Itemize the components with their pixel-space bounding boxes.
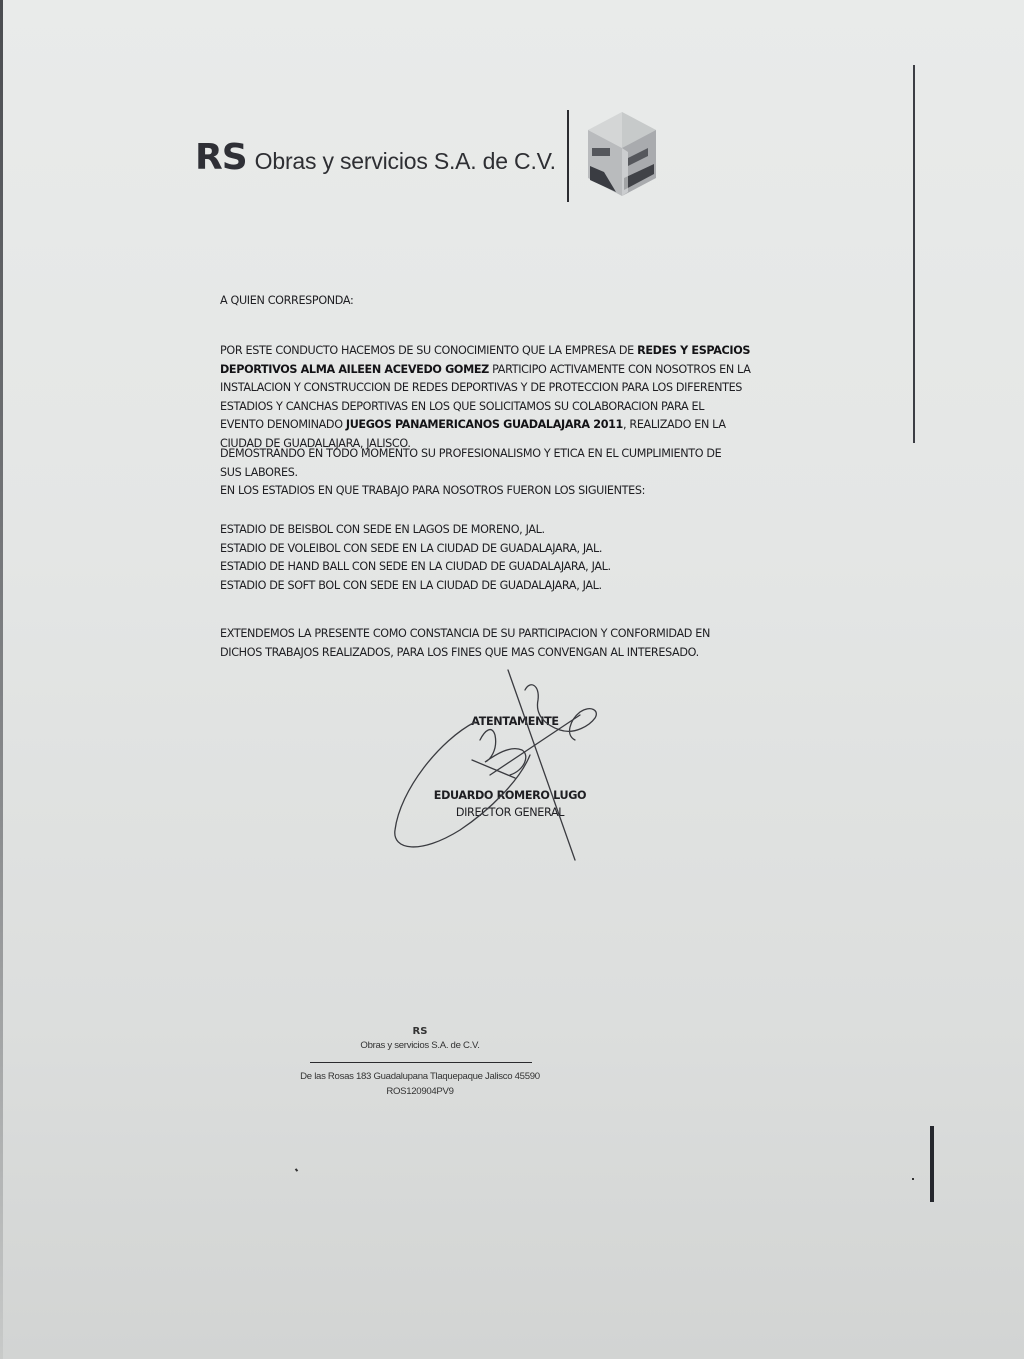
- text-line: DICHOS TRABAJOS REALIZADOS, PARA LOS FIN…: [220, 644, 820, 663]
- signer-name: EDUARDO ROMERO LUGO: [380, 787, 640, 805]
- letterhead: RS Obras y servicios S.A. de C.V.: [195, 140, 556, 180]
- text-run: PARTICIPO ACTIVAMENTE CON NOSOTROS EN LA: [489, 363, 751, 376]
- valediction: ATENTAMENTE: [385, 713, 645, 731]
- margin-mark: [930, 1126, 934, 1202]
- list-item: ESTADIO DE HAND BALL CON SEDE EN LA CIUD…: [220, 558, 820, 577]
- text-run: INSTALACION Y CONSTRUCCION DE REDES DEPO…: [220, 381, 742, 394]
- text-run: ESTADIOS Y CANCHAS DEPORTIVAS EN LOS QUE…: [220, 400, 704, 413]
- rs-cube-logo-icon: [582, 108, 662, 200]
- text-line: POR ESTE CONDUCTO HACEMOS DE SU CONOCIMI…: [220, 342, 820, 361]
- list-item: ESTADIO DE BEISBOL CON SEDE EN LAGOS DE …: [220, 521, 820, 540]
- paper-speck: [295, 1168, 298, 1172]
- emphasized-text: JUEGOS PANAMERICANOS GUADALAJARA 2011: [346, 418, 623, 431]
- letterhead-divider: [567, 110, 569, 202]
- footer-company: Obras y servicios S.A. de C.V.: [270, 1040, 570, 1051]
- footer-divider: [310, 1062, 532, 1063]
- paper-speck: [912, 1178, 914, 1180]
- text-line: DEPORTIVOS ALMA AILEEN ACEVEDO GOMEZ PAR…: [220, 361, 820, 380]
- text-line: EVENTO DENOMINADO JUEGOS PANAMERICANOS G…: [220, 416, 820, 435]
- handwritten-signature-icon: [380, 660, 640, 870]
- text-run: , REALIZADO EN LA: [623, 418, 726, 431]
- text-run: POR ESTE CONDUCTO HACEMOS DE SU CONOCIMI…: [220, 344, 637, 357]
- paragraph-closing: EXTENDEMOS LA PRESENTE COMO CONSTANCIA D…: [220, 625, 820, 662]
- text-line: SUS LABORES.: [220, 464, 820, 483]
- emphasized-text: DEPORTIVOS ALMA AILEEN ACEVEDO GOMEZ: [220, 363, 489, 376]
- text-run: EVENTO DENOMINADO: [220, 418, 346, 431]
- signer-title: DIRECTOR GENERAL: [380, 804, 640, 822]
- footer-rfc: ROS120904PV9: [270, 1086, 570, 1097]
- text-line: EXTENDEMOS LA PRESENTE COMO CONSTANCIA D…: [220, 625, 820, 644]
- brand-mark: RS: [195, 140, 247, 176]
- footer-brand: RS: [270, 1026, 570, 1037]
- text-line: EN LOS ESTADIOS EN QUE TRABAJO PARA NOSO…: [220, 482, 820, 501]
- paragraph-professionalism: DEMOSTRANDO EN TODO MOMENTO SU PROFESION…: [220, 445, 820, 501]
- margin-line: [913, 65, 915, 443]
- text-line: ESTADIOS Y CANCHAS DEPORTIVAS EN LOS QUE…: [220, 398, 820, 417]
- footer-address: De las Rosas 183 Guadalupana Tlaquepaque…: [270, 1071, 570, 1082]
- text-line: INSTALACION Y CONSTRUCCION DE REDES DEPO…: [220, 379, 820, 398]
- text-line: DEMOSTRANDO EN TODO MOMENTO SU PROFESION…: [220, 445, 820, 464]
- emphasized-text: REDES Y ESPACIOS: [637, 344, 750, 357]
- paper-edge-shadow: [0, 0, 3, 1359]
- stadium-list: ESTADIO DE BEISBOL CON SEDE EN LAGOS DE …: [220, 521, 820, 595]
- company-name: Obras y servicios S.A. de C.V.: [255, 150, 556, 173]
- salutation: A QUIEN CORRESPONDA:: [220, 292, 820, 311]
- list-item: ESTADIO DE SOFT BOL CON SEDE EN LA CIUDA…: [220, 577, 820, 596]
- list-item: ESTADIO DE VOLEIBOL CON SEDE EN LA CIUDA…: [220, 540, 820, 559]
- paragraph-introduction: POR ESTE CONDUCTO HACEMOS DE SU CONOCIMI…: [220, 342, 820, 454]
